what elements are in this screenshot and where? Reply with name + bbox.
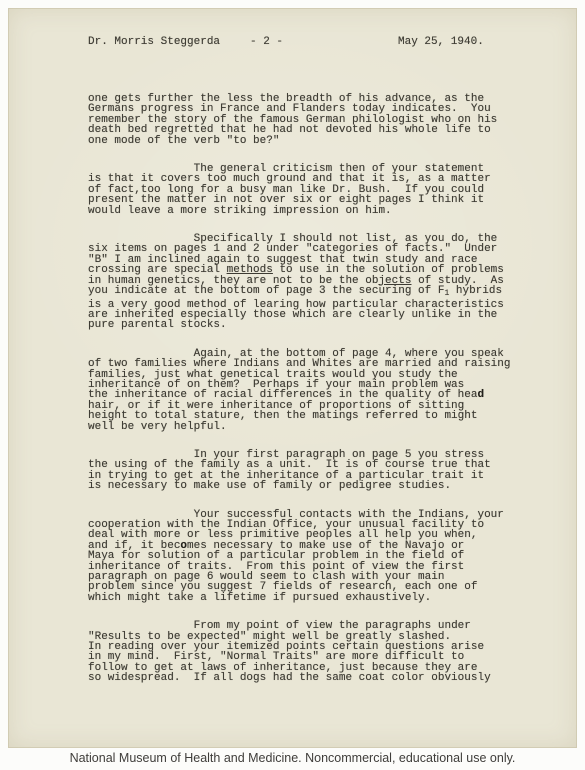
text-segment: In your first paragraph on page 5 you st… [88, 449, 491, 492]
text-segment: Again, at the bottom of page 4, where yo… [88, 348, 510, 402]
letter-body: one gets further the less the breadth of… [88, 94, 526, 684]
paragraph: one gets further the less the breadth of… [88, 94, 526, 146]
paragraph: In your first paragraph on page 5 you st… [88, 450, 526, 492]
paragraph: The general criticism then of your state… [88, 164, 526, 216]
paragraph: Your successful contacts with the Indian… [88, 510, 526, 604]
archive-credit-line: National Museum of Health and Medicine. … [0, 751, 585, 766]
header-date: May 25, 1940. [398, 37, 484, 47]
scanned-letter-page: Dr. Morris Steggerda - 2 - May 25, 1940.… [8, 8, 577, 748]
header-page-number: - 2 - [250, 37, 283, 47]
text-segment: The general criticism then of your state… [88, 163, 491, 217]
text-segment: one gets further the less the breadth of… [88, 93, 497, 147]
header-recipient: Dr. Morris Steggerda [88, 37, 220, 47]
paragraph: Specifically I should not list, as you d… [88, 234, 526, 331]
paragraph: Again, at the bottom of page 4, where yo… [88, 349, 526, 432]
text-segment: From my point of view the paragraphs und… [88, 620, 491, 684]
text-segment: mes necessary to make use of the Navajo … [88, 540, 477, 604]
text-segment: hair, or if it were inheritance of propo… [88, 400, 477, 433]
text-segment: d [477, 389, 484, 401]
paragraph: From my point of view the paragraphs und… [88, 621, 526, 683]
